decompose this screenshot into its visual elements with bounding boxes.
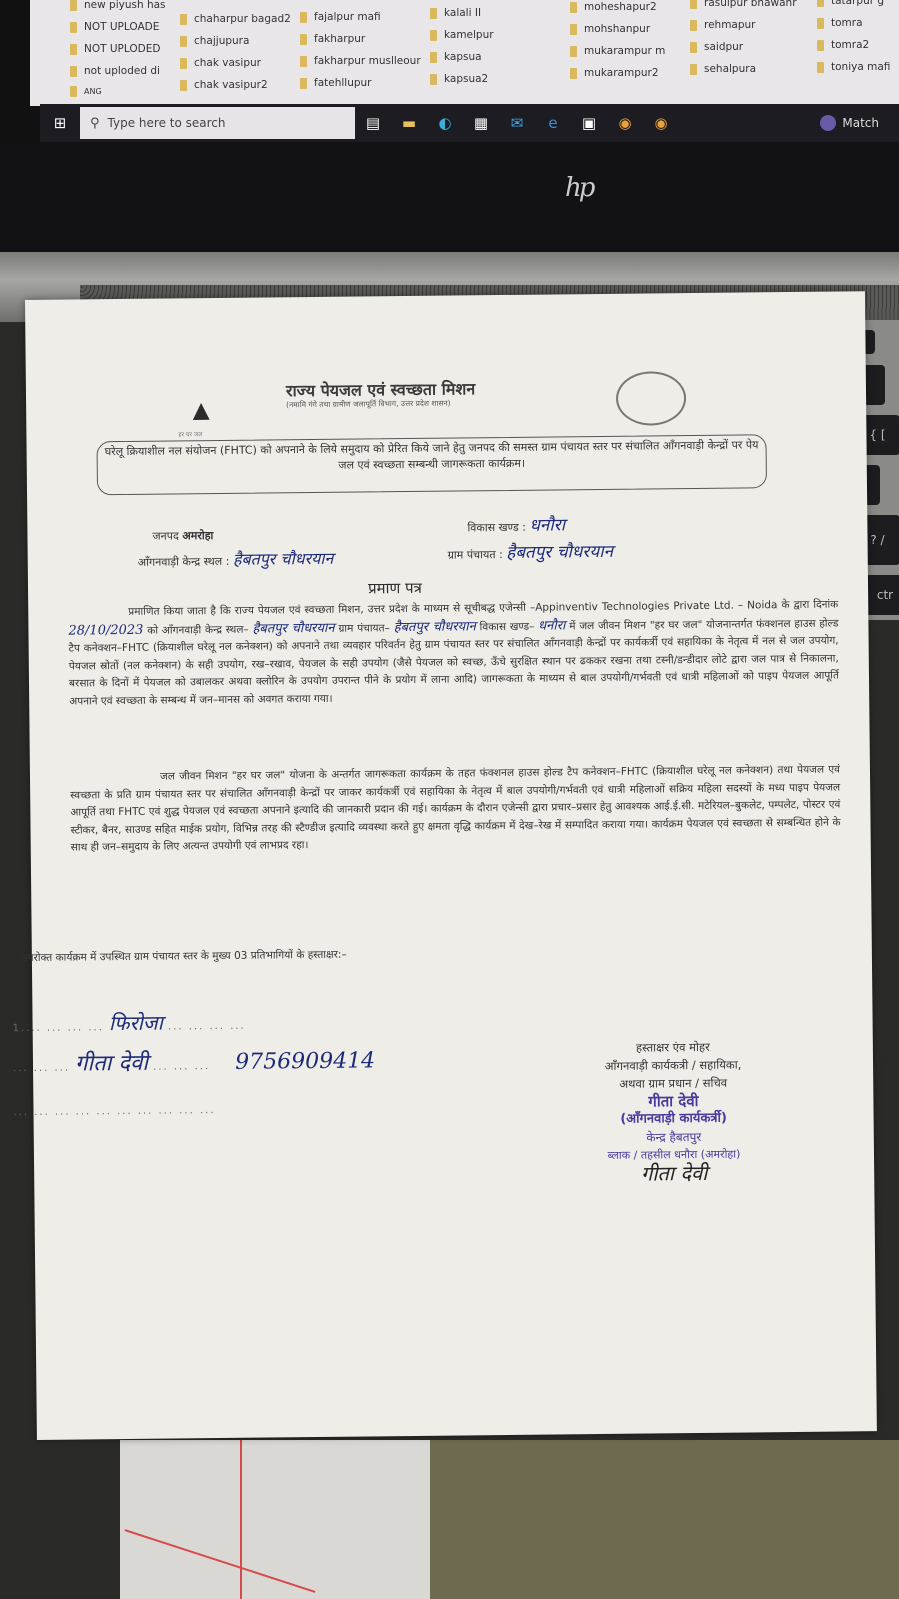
folder-icon xyxy=(300,12,307,23)
folder-item[interactable]: rasulpur bhawanr xyxy=(690,0,797,14)
gram-panchayat-field: ग्राम पंचायत : हैबतपुर चौधरयान xyxy=(448,539,614,564)
program-banner: घरेलू क्रियाशील नल संयोजन (FHTC) को अपना… xyxy=(96,434,767,495)
folder-item[interactable]: saidpur xyxy=(690,36,797,58)
folder-column: kalali II kamelpur kapsua kapsua2 xyxy=(430,2,494,90)
internet-explorer-icon[interactable]: e xyxy=(535,107,571,139)
folder-icon xyxy=(570,46,577,57)
folder-column: tatarpur g tomra tomra2 toniya mafi xyxy=(817,0,890,78)
laptop-screen: new piyush has NOT UPLOADE NOT UPLODED n… xyxy=(0,0,899,165)
folder-icon xyxy=(430,74,437,85)
participant-line-2: ... ... ... गीता देवी ... ... ... 975690… xyxy=(13,1044,375,1078)
edge-icon[interactable]: ◐ xyxy=(427,107,463,139)
task-view-icon[interactable]: ▤ xyxy=(355,107,391,139)
keyboard-key: ctr xyxy=(865,575,899,615)
mail-icon[interactable]: ✉ xyxy=(499,107,535,139)
folder-column: new piyush has NOT UPLOADE NOT UPLODED n… xyxy=(70,0,166,100)
folder-icon xyxy=(817,62,824,73)
folder-icon xyxy=(570,2,577,13)
background-cloth xyxy=(430,1440,899,1599)
folder-item[interactable]: chak vasipur xyxy=(180,52,291,74)
store-icon[interactable]: ▦ xyxy=(463,107,499,139)
folder-item[interactable]: tomra2 xyxy=(817,34,890,56)
folder-item[interactable]: toniya mafi xyxy=(817,56,890,78)
hp-logo: hp xyxy=(565,173,592,203)
folder-item[interactable]: NOT UPLODED xyxy=(70,38,166,60)
folder-item[interactable]: tatarpur g xyxy=(817,0,890,12)
participant-signature: गीता देवी xyxy=(75,1051,148,1077)
folder-icon xyxy=(70,86,77,97)
folder-column: chaharpur bagad2 chajjupura chak vasipur… xyxy=(180,8,291,96)
folder-icon xyxy=(70,22,77,33)
folder-icon xyxy=(300,56,307,67)
folder-item[interactable]: chajjupura xyxy=(180,30,291,52)
folder-column: moheshapur2 mohshanpur mukarampur m muka… xyxy=(570,0,665,84)
margin-line xyxy=(240,1440,242,1599)
margin-line xyxy=(125,1529,316,1593)
up-government-emblem-icon xyxy=(616,371,687,426)
chrome-icon[interactable]: ◉ xyxy=(607,107,643,139)
folder-column: rasulpur bhawanr rehmapur saidpur sehalp… xyxy=(690,0,797,80)
participant-signature: फिरोजा xyxy=(109,1011,163,1036)
participant-line-3: ... ... ... ... ... ... ... ... ... ... xyxy=(13,1098,215,1119)
anganwadi-field: आँगनवाड़ी केन्द्र स्थल : हैबतपुर चौधरयान xyxy=(138,547,334,571)
folder-icon xyxy=(70,0,77,11)
folder-icon xyxy=(817,18,824,29)
folder-icon xyxy=(300,34,307,45)
taskbar-search-input[interactable]: ⚲ Type here to search xyxy=(80,107,355,139)
folder-item[interactable]: kapsua2 xyxy=(430,68,494,90)
paragraph-2: जल जीवन मिशन "हर घर जल" योजना के अन्तर्ग… xyxy=(70,761,841,857)
folder-icon xyxy=(430,30,437,41)
folder-item[interactable]: not uploded di xyxy=(70,60,166,82)
folder-icon xyxy=(180,14,187,25)
windows-taskbar: ⊞ ⚲ Type here to search ▤ ▬ ◐ ▦ ✉ e ▣ ◉ … xyxy=(40,104,899,142)
folder-item[interactable]: fatehllupur xyxy=(300,72,421,94)
folder-icon xyxy=(180,36,187,47)
vikas-khand-field: विकास खण्ड : धनौरा xyxy=(467,512,565,536)
folder-item[interactable]: rehmapur xyxy=(690,14,797,36)
folder-item[interactable]: fakharpur muslleour xyxy=(300,50,421,72)
folder-icon xyxy=(690,64,697,75)
laptop-bezel xyxy=(0,142,899,252)
folder-icon xyxy=(817,40,824,51)
folder-item[interactable]: ANG xyxy=(70,82,166,100)
folder-item[interactable]: mohshanpur xyxy=(570,18,665,40)
folder-item[interactable]: fakharpur xyxy=(300,28,421,50)
folder-icon xyxy=(180,58,187,69)
folder-item[interactable]: NOT UPLOADE xyxy=(70,16,166,38)
folder-item[interactable]: fajalpur mafi xyxy=(300,6,421,28)
certificate-title: प्रमाण पत्र xyxy=(368,578,422,599)
header-subtitle: (नमामि गंगे तथा ग्रामीण जलापूर्ति विभाग,… xyxy=(286,399,451,411)
search-icon: ⚲ xyxy=(90,116,100,131)
folder-icon xyxy=(817,0,824,7)
file-explorer-icon[interactable]: ▬ xyxy=(391,107,427,139)
file-explorer-window: new piyush has NOT UPLOADE NOT UPLODED n… xyxy=(30,0,899,106)
folder-column: fajalpur mafi fakharpur fakharpur muslle… xyxy=(300,6,421,94)
folder-icon xyxy=(70,44,77,55)
folder-item[interactable]: kamelpur xyxy=(430,24,494,46)
folder-icon xyxy=(690,42,697,53)
participants-intro: उपरोक्त कार्यक्रम में उपस्थित ग्राम पंचा… xyxy=(22,945,502,968)
folder-icon xyxy=(300,78,307,89)
folder-item[interactable]: kalali II xyxy=(430,2,494,24)
logo-caption: हर घर जल xyxy=(178,430,202,438)
folder-item[interactable]: kapsua xyxy=(430,46,494,68)
signatory-signature: गीता देवी xyxy=(554,1163,794,1184)
participant-phone: 9756909414 xyxy=(235,1048,375,1074)
jal-jeevan-logo-icon: ▲ xyxy=(186,398,216,428)
match-widget-icon xyxy=(820,115,836,131)
paragraph-1: प्रमाणित किया जाता है कि राज्य पेयजल एवं… xyxy=(68,597,839,711)
folder-item[interactable]: new piyush has xyxy=(70,0,166,16)
excel-icon[interactable]: ▣ xyxy=(571,107,607,139)
signatory-block: हस्ताक्षर एंव मोहर आँगनवाड़ी कार्यकत्री … xyxy=(553,1037,794,1184)
folder-icon xyxy=(570,24,577,35)
folder-icon xyxy=(430,8,437,19)
folder-icon xyxy=(70,66,77,77)
folder-item[interactable]: chak vasipur2 xyxy=(180,74,291,96)
match-widget[interactable]: Match xyxy=(820,115,879,131)
folder-icon xyxy=(690,0,697,9)
folder-icon xyxy=(690,20,697,31)
folder-item[interactable]: chaharpur bagad2 xyxy=(180,8,291,30)
folder-item[interactable]: sehalpura xyxy=(690,58,797,80)
windows-start-icon[interactable]: ⊞ xyxy=(40,104,80,142)
folder-item[interactable]: moheshapur2 xyxy=(570,0,665,18)
folder-item[interactable]: mukarampur m xyxy=(570,40,665,62)
folder-icon xyxy=(430,52,437,63)
chrome-icon[interactable]: ◉ xyxy=(643,107,679,139)
folder-icon xyxy=(180,80,187,91)
folder-icon xyxy=(570,68,577,79)
participant-line-1: 1.... ... ... ... फिरोजा ... ... ... ... xyxy=(12,1008,245,1037)
folder-item[interactable]: mukarampur2 xyxy=(570,62,665,84)
janpad-field: जनपद अमरोहा xyxy=(152,528,213,544)
folder-item[interactable]: tomra xyxy=(817,12,890,34)
certificate-document: ▲ हर घर जल राज्य पेयजल एवं स्वच्छता मिशन… xyxy=(25,291,877,1440)
